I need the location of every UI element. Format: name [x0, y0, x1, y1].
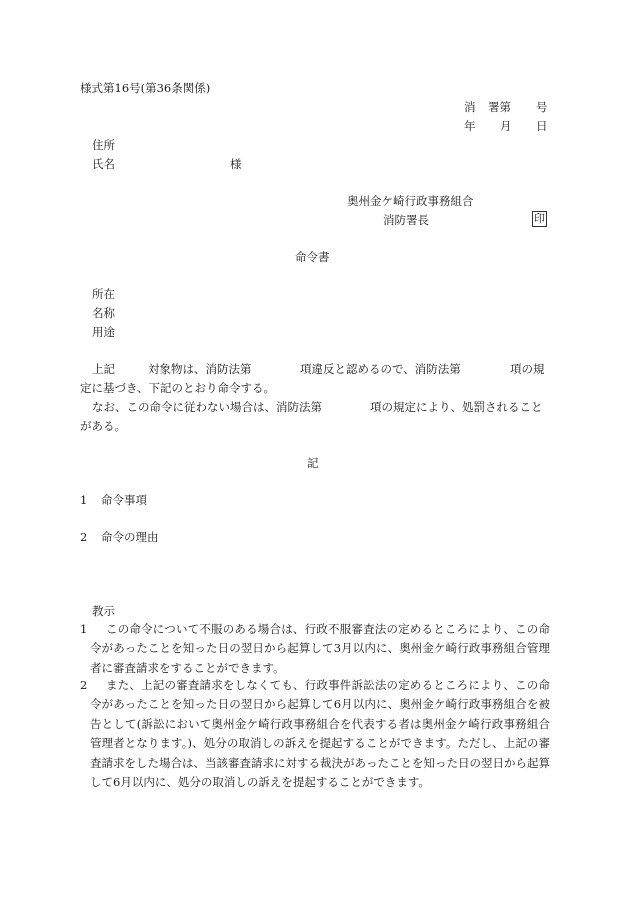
doc-number-prefix: 消: [464, 98, 476, 116]
address-label: 住所: [92, 136, 115, 154]
use-label: 用途: [92, 323, 115, 341]
body-line3-a: なお、この命令に従わない場合は、消防法第: [92, 398, 322, 416]
notice-item-text: また、上記の審査請求をしなくても、行政事件訴訟法の定めるところにより、この命令が…: [90, 676, 550, 792]
location-label: 所在: [92, 285, 115, 303]
date-month: 月: [500, 117, 512, 135]
notice-heading: 教示: [92, 602, 115, 620]
issuer-title: 消防署長: [383, 211, 429, 229]
order-item: 2 命令の理由: [80, 528, 158, 546]
item-label: 命令事項: [101, 493, 147, 507]
item-number: 2: [80, 530, 87, 544]
honorific: 様: [230, 155, 242, 173]
body-line3-b: 項の規定により、処罰されること: [370, 398, 543, 416]
doc-number-mid: 署第: [488, 98, 511, 116]
notice-item-number: 1: [80, 620, 87, 639]
name-field-label: 名称: [92, 304, 115, 322]
notice-item-number: 2: [80, 676, 87, 695]
order-item: 1 命令事項: [80, 491, 147, 509]
body-line1-c: 項違反と認めるので、消防法第: [300, 360, 461, 378]
body-line1-b: 対象物は、消防法第: [148, 360, 252, 378]
form-label: 様式第16号(第36条関係): [80, 79, 210, 97]
ki-heading: 記: [307, 454, 319, 472]
date-year: 年: [464, 117, 476, 135]
notice-item-text: この命令について不服のある場合は、行政不服審査法の定めるところにより、この命令が…: [90, 620, 550, 678]
body-line4: がある。: [80, 417, 126, 435]
notice-item: 1 この命令について不服のある場合は、行政不服審査法の定めるところにより、この命…: [80, 620, 550, 678]
body-line1-d: 項の規: [510, 360, 545, 378]
body-line1-a: 上記: [92, 360, 115, 378]
issuer-organization: 奥州金ケ崎行政事務組合: [347, 192, 474, 210]
name-label: 氏名: [92, 155, 115, 173]
item-label: 命令の理由: [101, 530, 159, 544]
doc-number-suffix: 号: [536, 98, 548, 116]
document-title: 命令書: [295, 248, 330, 266]
date-day: 日: [536, 117, 548, 135]
seal-mark: 印: [532, 211, 547, 227]
body-line2: 定に基づき、下記のとおり命令する。: [80, 379, 275, 397]
notice-item: 2 また、上記の審査請求をしなくても、行政事件訴訟法の定めるところにより、この命…: [80, 676, 550, 792]
item-number: 1: [80, 493, 87, 507]
